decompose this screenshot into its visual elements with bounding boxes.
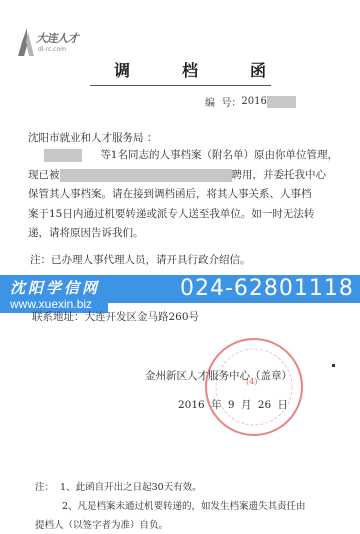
document-number-label: 编 号： [205, 94, 241, 109]
note: 注：已办理人事代理人员，请开具行政介绍信。 [30, 252, 251, 267]
body-line: 递，请将原因告诉我们。 [28, 224, 338, 244]
body-line: 案于15日内通过机要转递或派专人送至我单位。如一时无法转 [28, 205, 338, 225]
body-line: 保管其人事档案。请在接到调档函后，将其人事关系、人事档 [28, 185, 338, 205]
contact-address: 联系地址：大连开发区金马路260号 [32, 309, 199, 324]
logo-subtitle: dl-rc.com [38, 46, 66, 53]
logo-mark-icon [18, 28, 34, 56]
footnote-line: 注： 1、此函自开出之日起30天有效。 [35, 478, 306, 497]
body-paragraph: 等1名同志的人事档案（附名单）原由你单位管理， 现已被 聘用，并委托我中心 保管… [28, 146, 338, 244]
body-line: 等1名同志的人事档案（附名单）原由你单位管理， [28, 146, 338, 166]
logo-title: 大连人才 [36, 30, 78, 46]
seal-star-icon [205, 338, 303, 436]
redacted-name [44, 149, 82, 162]
issue-date: 2016 年 9 月 26 日 [178, 397, 288, 412]
issuer: 金州新区人才服务中心（盖章） [145, 368, 292, 383]
redacted-employer [60, 169, 232, 182]
mark [332, 364, 335, 367]
document-number: 编 号： 2016 [205, 94, 296, 109]
footnote-line: 提档人（以签字者为准）自负。 [35, 516, 306, 534]
title-char: 档 [182, 58, 198, 81]
title-char: 函 [250, 58, 266, 81]
redacted-block [267, 96, 296, 108]
watermark-brand: 沈阳学信网 [10, 277, 100, 298]
watermark-phone: 024-62801118 [180, 276, 354, 301]
title-underline [90, 85, 271, 86]
document-number-value: 2016 [241, 96, 266, 107]
footnotes: 注： 1、此函自开出之日起30天有效。 2、凡是档案未通过机要转递的，如发生档案… [35, 478, 306, 534]
footnote-line: 2、凡是档案未通过机要转递的，如发生档案遗失其责任由 [35, 497, 306, 516]
body-line: 现已被 聘用，并委托我中心 [28, 166, 338, 186]
logo: 大连人才 dl-rc.com [18, 22, 88, 62]
title-char: 调 [114, 58, 130, 81]
document-title: 调 档 函 [110, 58, 270, 81]
